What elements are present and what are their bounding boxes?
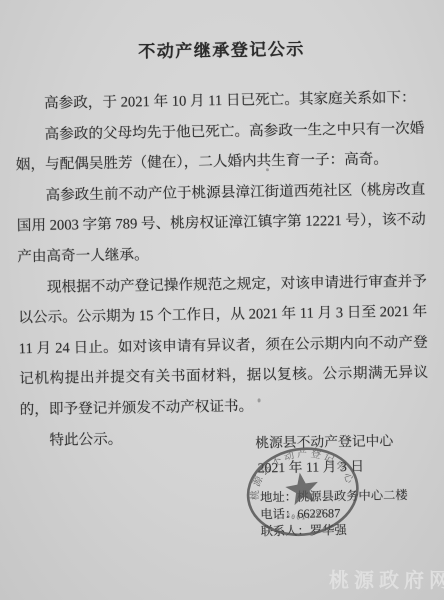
official-seal-stamp: 桃源县不动产登记中心 50017382 <box>235 436 371 552</box>
photo-speck <box>266 168 269 171</box>
photo-speck <box>258 398 261 402</box>
watermark-text: 桃源政府网 <box>329 564 444 593</box>
star-icon <box>283 470 320 506</box>
stamp-serial: 50017382 <box>284 506 328 524</box>
paragraph-family-relations: 高参政的父母均先于他已死亡。高参政一生之中只有一次婚姻，与配偶吴胜芳（健在），二… <box>15 113 425 181</box>
notice-page: 不动产继承登记公示 高参政，于 2021 年 10 月 11 日已死亡。其家庭关… <box>0 0 444 600</box>
paragraph-publicity-period: 现根据不动产登记操作规范之规定，对该申请进行审查并予以公示。公示期为 15 个工… <box>18 266 429 425</box>
paragraph-property-description: 高参政生前不动产位于桃源县漳江街道西苑社区（桃房改直国用 2003 字第 789… <box>16 175 426 273</box>
page-title: 不动产继承登记公示 <box>20 33 423 64</box>
photographed-document: { "document": { "title": "不动产继承登记公示", "p… <box>0 0 444 600</box>
svg-text:50017382: 50017382 <box>284 506 328 524</box>
